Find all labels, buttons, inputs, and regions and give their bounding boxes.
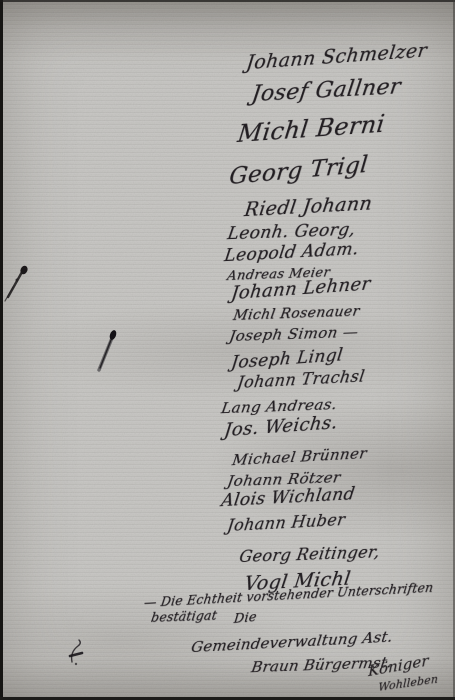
ink-smudge-mid-left-icon	[93, 326, 119, 372]
signature-johann-schmelzer: Johann Schmelzer	[245, 39, 428, 74]
signature-georg-reitinger: Georg Reitinger,	[238, 542, 381, 566]
signature-michl-berni: Michl Berni	[236, 109, 386, 148]
ink-blot-upper-left-icon	[4, 263, 38, 303]
certification-line-die: Die	[233, 610, 257, 627]
signature-johann-huber: Johann Huber	[226, 510, 347, 535]
signature-joseph-simon: Joseph Simon —	[228, 322, 360, 345]
signature-riedl-johann: Riedl Johann	[243, 192, 374, 221]
scan-edge-top	[0, 0, 455, 2]
certification-line-bestaetigt: bestätigat	[150, 608, 218, 625]
signature-michael-bruenner: Michael Brünner	[231, 444, 368, 469]
ink-scratch-lower-left-icon	[62, 634, 92, 668]
certification-gemeindeverwaltung: Gemeindeverwaltung Ast.	[190, 627, 394, 656]
signature-josef-gallner: Josef Gallner	[250, 74, 403, 107]
scanned-document-page: Johann Schmelzer Josef Gallner Michl Ber…	[0, 0, 455, 700]
scan-edge-left	[0, 0, 3, 700]
signature-michl-rosenauer: Michl Rosenauer	[232, 303, 361, 324]
signature-georg-trigl: Georg Trigl	[228, 152, 369, 190]
